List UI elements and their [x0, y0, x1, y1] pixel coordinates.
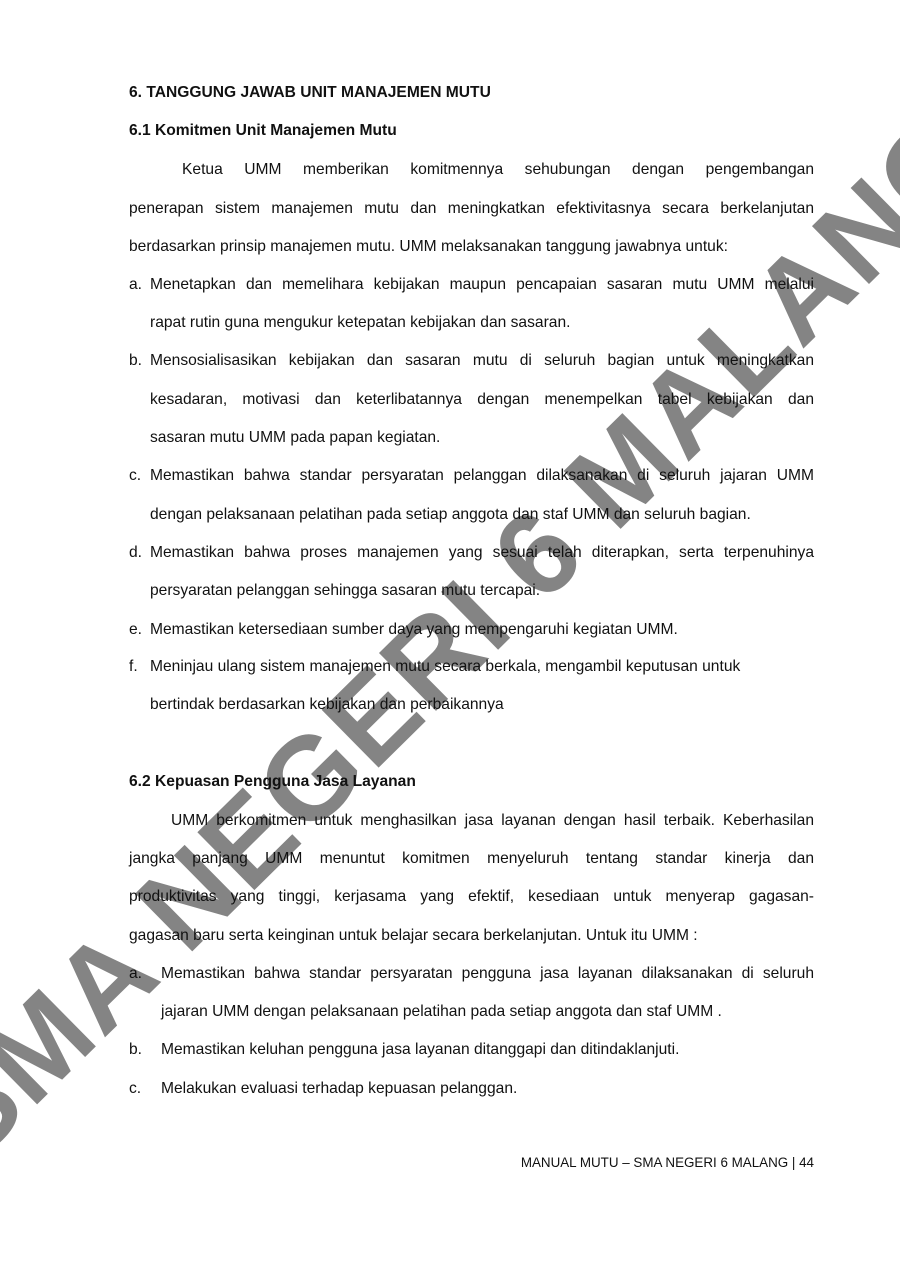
list-marker: d.	[129, 543, 142, 563]
list-marker: b.	[129, 1040, 142, 1060]
list-marker: c.	[129, 1079, 141, 1099]
list-item-text: Memastikan keluhan pengguna jasa layanan…	[161, 1040, 814, 1060]
paragraph-line: UMM berkomitmen untuk menghasilkan jasa …	[171, 811, 814, 831]
list-marker: a.	[129, 275, 142, 295]
list-item-text: jajaran UMM dengan pelaksanaan pelatihan…	[161, 1002, 814, 1022]
list-item-text: Melakukan evaluasi terhadap kepuasan pel…	[161, 1079, 814, 1099]
list-item-text: Memastikan bahwa standar persyaratan pel…	[150, 466, 814, 486]
list-marker: b.	[129, 351, 142, 371]
list-item-text: kesadaran, motivasi dan keterlibatannya …	[150, 390, 814, 410]
list-item-text: Mensosialisasikan kebijakan dan sasaran …	[150, 351, 814, 371]
paragraph-line: jangka panjang UMM menuntut komitmen men…	[129, 849, 814, 869]
paragraph-line: gagasan baru serta keinginan untuk belaj…	[129, 926, 814, 946]
list-item-text: Memastikan ketersediaan sumber daya yang…	[150, 620, 814, 640]
list-item-text: dengan pelaksanaan pelatihan pada setiap…	[150, 505, 814, 525]
list-item-text: rapat rutin guna mengukur ketepatan kebi…	[150, 313, 814, 333]
list-item-text: persyaratan pelanggan sehingga sasaran m…	[150, 581, 814, 601]
list-item-text: Menetapkan dan memelihara kebijakan maup…	[150, 275, 814, 295]
page-footer: MANUAL MUTU – SMA NEGERI 6 MALANG | 44	[521, 1155, 814, 1170]
paragraph-line: berdasarkan prinsip manajemen mutu. UMM …	[129, 237, 814, 257]
list-marker: a.	[129, 964, 142, 984]
subsection-heading-6-1: 6.1 Komitmen Unit Manajemen Mutu	[129, 121, 814, 141]
list-marker: c.	[129, 466, 141, 486]
paragraph-line: produktivitas yang tinggi, kerjasama yan…	[129, 887, 814, 907]
list-item-text: Meninjau ulang sistem manajemen mutu sec…	[150, 657, 814, 677]
document-page: SMA NEGERI 6 MALANG 6. TANGGUNG JAWAB UN…	[0, 0, 900, 1273]
list-item-text: bertindak berdasarkan kebijakan dan perb…	[150, 695, 814, 715]
subsection-heading-6-2: 6.2 Kepuasan Pengguna Jasa Layanan	[129, 772, 814, 792]
section-heading: 6. TANGGUNG JAWAB UNIT MANAJEMEN MUTU	[129, 83, 814, 103]
list-item-text: Memastikan bahwa proses manajemen yang s…	[150, 543, 814, 563]
list-marker: e.	[129, 620, 142, 640]
list-item-text: Memastikan bahwa standar persyaratan pen…	[161, 964, 814, 984]
paragraph-line: Ketua UMM memberikan komitmennya sehubun…	[182, 160, 814, 180]
list-item-text: sasaran mutu UMM pada papan kegiatan.	[150, 428, 814, 448]
list-marker: f.	[129, 657, 138, 677]
paragraph-line: penerapan sistem manajemen mutu dan meni…	[129, 199, 814, 219]
